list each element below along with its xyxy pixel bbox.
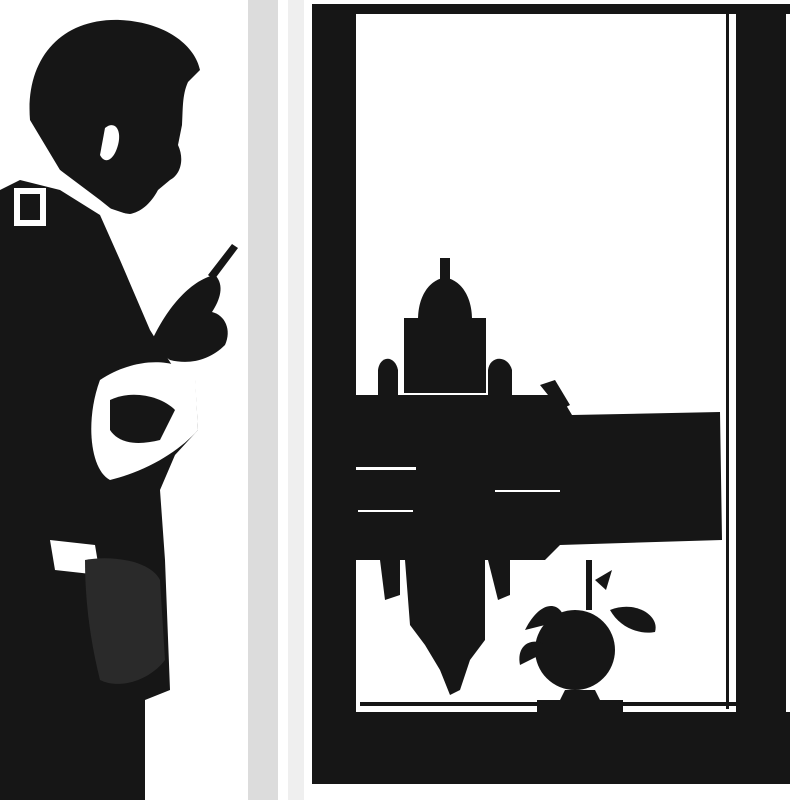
gray-strip (248, 0, 278, 800)
illustration (0, 0, 791, 800)
